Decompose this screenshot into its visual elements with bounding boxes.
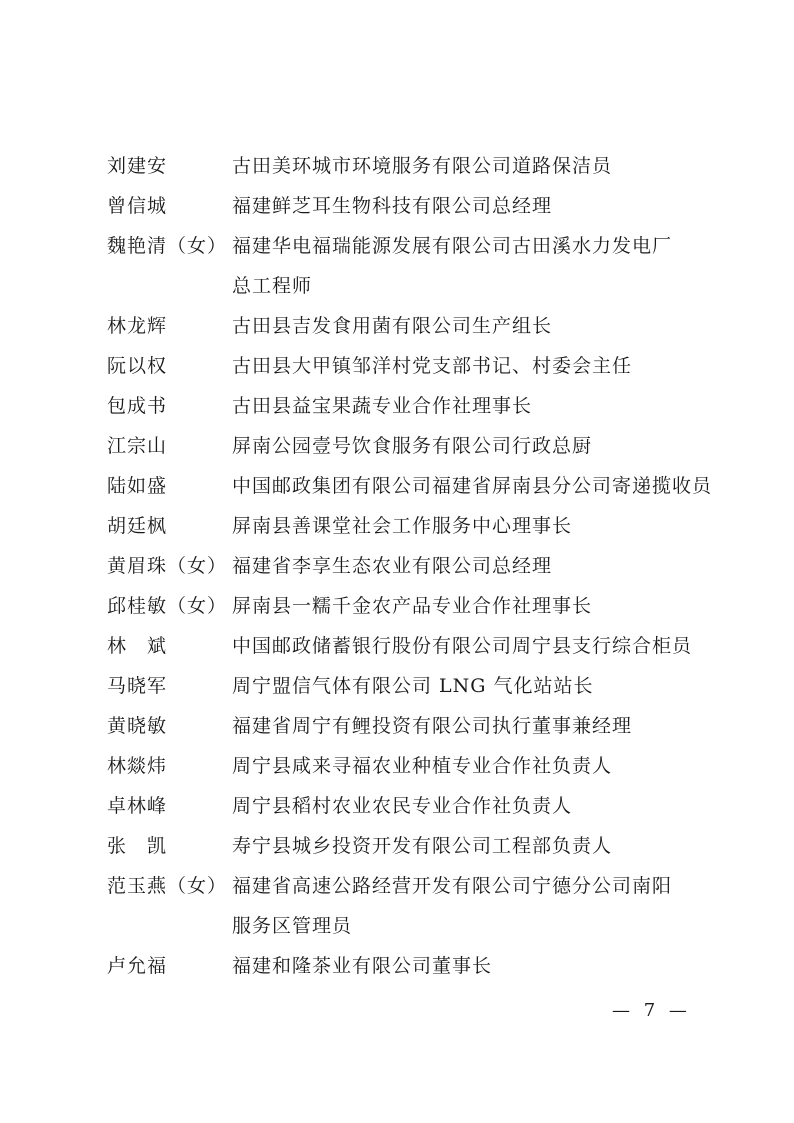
organization-line: 福建鲜芝耳生物科技有限公司总经理 bbox=[232, 186, 707, 226]
organization-line: 福建省李享生态农业有限公司总经理 bbox=[232, 546, 707, 586]
person-name: 魏艳清（女） bbox=[107, 226, 232, 266]
organization-title: 寿宁县城乡投资开发有限公司工程部负责人 bbox=[232, 826, 707, 866]
person-name: 范玉燕（女） bbox=[107, 866, 232, 906]
organization-title: 福建鲜芝耳生物科技有限公司总经理 bbox=[232, 186, 707, 226]
organization-line: 周宁盟信气体有限公司 LNG 气化站站长 bbox=[232, 666, 707, 706]
person-name: 林 斌 bbox=[107, 626, 232, 666]
list-item: 范玉燕（女）福建省高速公路经营开发有限公司宁德分公司南阳服务区管理员 bbox=[107, 866, 707, 946]
organization-line: 福建和隆茶业有限公司董事长 bbox=[232, 946, 707, 986]
organization-title: 周宁县稻村农业农民专业合作社负责人 bbox=[232, 786, 707, 826]
person-name: 胡廷枫 bbox=[107, 506, 232, 546]
organization-line: 福建华电福瑞能源发展有限公司古田溪水力发电厂 bbox=[232, 226, 707, 266]
organization-title: 古田美环城市环境服务有限公司道路保洁员 bbox=[232, 146, 707, 186]
person-name: 江宗山 bbox=[107, 426, 232, 466]
list-item: 阮以权古田县大甲镇邹洋村党支部书记、村委会主任 bbox=[107, 346, 707, 386]
person-name: 包成书 bbox=[107, 386, 232, 426]
list-item: 张 凯寿宁县城乡投资开发有限公司工程部负责人 bbox=[107, 826, 707, 866]
organization-title: 屏南公园壹号饮食服务有限公司行政总厨 bbox=[232, 426, 707, 466]
list-item: 包成书古田县益宝果蔬专业合作社理事长 bbox=[107, 386, 707, 426]
list-item: 黄眉珠（女）福建省李享生态农业有限公司总经理 bbox=[107, 546, 707, 586]
organization-title: 福建和隆茶业有限公司董事长 bbox=[232, 946, 707, 986]
organization-line: 中国邮政储蓄银行股份有限公司周宁县支行综合柜员 bbox=[232, 626, 707, 666]
organization-line: 中国邮政集团有限公司福建省屏南县分公司寄递揽收员 bbox=[232, 466, 712, 506]
page-number: — 7 — bbox=[612, 1000, 691, 1021]
organization-title: 古田县大甲镇邹洋村党支部书记、村委会主任 bbox=[232, 346, 707, 386]
organization-title: 福建华电福瑞能源发展有限公司古田溪水力发电厂总工程师 bbox=[232, 226, 707, 306]
person-name: 卢允福 bbox=[107, 946, 232, 986]
organization-line: 周宁县咸来寻福农业种植专业合作社负责人 bbox=[232, 746, 707, 786]
person-name: 邱桂敏（女） bbox=[107, 586, 232, 626]
person-name: 卓林峰 bbox=[107, 786, 232, 826]
organization-line: 屏南县一糯千金农产品专业合作社理事长 bbox=[232, 586, 707, 626]
organization-line: 古田美环城市环境服务有限公司道路保洁员 bbox=[232, 146, 707, 186]
person-name: 张 凯 bbox=[107, 826, 232, 866]
organization-line: 总工程师 bbox=[232, 266, 707, 306]
person-name: 黄眉珠（女） bbox=[107, 546, 232, 586]
organization-title: 古田县益宝果蔬专业合作社理事长 bbox=[232, 386, 707, 426]
organization-line: 福建省周宁有鲤投资有限公司执行董事兼经理 bbox=[232, 706, 707, 746]
organization-line: 古田县吉发食用菌有限公司生产组长 bbox=[232, 306, 707, 346]
organization-line: 古田县益宝果蔬专业合作社理事长 bbox=[232, 386, 707, 426]
organization-line: 周宁县稻村农业农民专业合作社负责人 bbox=[232, 786, 707, 826]
person-name: 马晓军 bbox=[107, 666, 232, 706]
person-name: 刘建安 bbox=[107, 146, 232, 186]
list-item: 胡廷枫屏南县善课堂社会工作服务中心理事长 bbox=[107, 506, 707, 546]
list-item: 曾信城福建鲜芝耳生物科技有限公司总经理 bbox=[107, 186, 707, 226]
honoree-list: 刘建安古田美环城市环境服务有限公司道路保洁员曾信城福建鲜芝耳生物科技有限公司总经… bbox=[107, 146, 707, 986]
list-item: 林 斌中国邮政储蓄银行股份有限公司周宁县支行综合柜员 bbox=[107, 626, 707, 666]
organization-line: 屏南县善课堂社会工作服务中心理事长 bbox=[232, 506, 707, 546]
organization-title: 福建省李享生态农业有限公司总经理 bbox=[232, 546, 707, 586]
list-item: 邱桂敏（女）屏南县一糯千金农产品专业合作社理事长 bbox=[107, 586, 707, 626]
list-item: 江宗山屏南公园壹号饮食服务有限公司行政总厨 bbox=[107, 426, 707, 466]
list-item: 卢允福福建和隆茶业有限公司董事长 bbox=[107, 946, 707, 986]
list-item: 魏艳清（女）福建华电福瑞能源发展有限公司古田溪水力发电厂总工程师 bbox=[107, 226, 707, 306]
list-item: 黄晓敏福建省周宁有鲤投资有限公司执行董事兼经理 bbox=[107, 706, 707, 746]
person-name: 阮以权 bbox=[107, 346, 232, 386]
organization-title: 福建省高速公路经营开发有限公司宁德分公司南阳服务区管理员 bbox=[232, 866, 707, 946]
organization-title: 中国邮政储蓄银行股份有限公司周宁县支行综合柜员 bbox=[232, 626, 707, 666]
person-name: 黄晓敏 bbox=[107, 706, 232, 746]
organization-title: 周宁县咸来寻福农业种植专业合作社负责人 bbox=[232, 746, 707, 786]
organization-line: 寿宁县城乡投资开发有限公司工程部负责人 bbox=[232, 826, 707, 866]
organization-title: 中国邮政集团有限公司福建省屏南县分公司寄递揽收员 bbox=[232, 466, 712, 506]
list-item: 林龙辉古田县吉发食用菌有限公司生产组长 bbox=[107, 306, 707, 346]
document-page: 刘建安古田美环城市环境服务有限公司道路保洁员曾信城福建鲜芝耳生物科技有限公司总经… bbox=[0, 0, 794, 1123]
person-name: 曾信城 bbox=[107, 186, 232, 226]
organization-title: 古田县吉发食用菌有限公司生产组长 bbox=[232, 306, 707, 346]
organization-line: 福建省高速公路经营开发有限公司宁德分公司南阳 bbox=[232, 866, 707, 906]
organization-line: 古田县大甲镇邹洋村党支部书记、村委会主任 bbox=[232, 346, 707, 386]
organization-title: 屏南县一糯千金农产品专业合作社理事长 bbox=[232, 586, 707, 626]
person-name: 陆如盛 bbox=[107, 466, 232, 506]
person-name: 林燚炜 bbox=[107, 746, 232, 786]
organization-line: 屏南公园壹号饮食服务有限公司行政总厨 bbox=[232, 426, 707, 466]
list-item: 林燚炜周宁县咸来寻福农业种植专业合作社负责人 bbox=[107, 746, 707, 786]
list-item: 刘建安古田美环城市环境服务有限公司道路保洁员 bbox=[107, 146, 707, 186]
person-name: 林龙辉 bbox=[107, 306, 232, 346]
organization-title: 屏南县善课堂社会工作服务中心理事长 bbox=[232, 506, 707, 546]
list-item: 陆如盛中国邮政集团有限公司福建省屏南县分公司寄递揽收员 bbox=[107, 466, 707, 506]
list-item: 卓林峰周宁县稻村农业农民专业合作社负责人 bbox=[107, 786, 707, 826]
organization-title: 周宁盟信气体有限公司 LNG 气化站站长 bbox=[232, 666, 707, 706]
list-item: 马晓军周宁盟信气体有限公司 LNG 气化站站长 bbox=[107, 666, 707, 706]
organization-title: 福建省周宁有鲤投资有限公司执行董事兼经理 bbox=[232, 706, 707, 746]
organization-line: 服务区管理员 bbox=[232, 906, 707, 946]
